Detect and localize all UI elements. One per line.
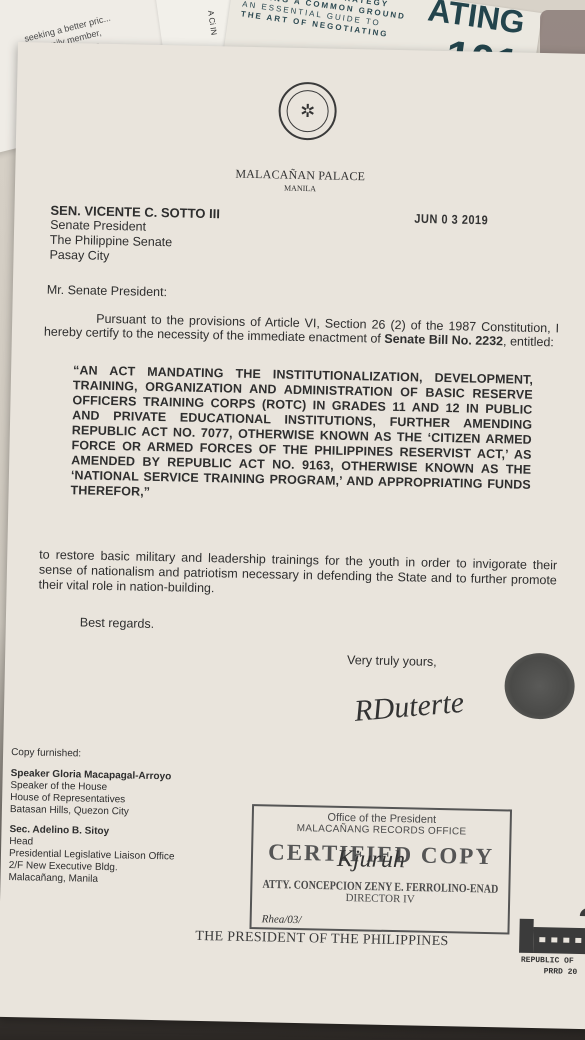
president-signature: RDuterte [353,686,465,729]
letter-page: ✲ MALACAÑAN PALACE MANILA SEN. VICENTE C… [0,42,585,1029]
bill-title: “AN ACT MANDATING THE INSTITUTIONALIZATI… [70,363,533,508]
letterhead: MALACAÑAN PALACE MANILA [215,166,385,195]
cc-recipient: Sec. Adelino B. Sitoy Head Presidential … [8,824,175,887]
paragraph-certification: Pursuant to the provisions of Article VI… [44,311,559,350]
addressee-line: Pasay City [49,248,219,267]
handwritten-initials: Rhea/03/ [262,913,302,926]
records-logo-text: PRRD 20 [544,967,578,977]
bill-number: Senate Bill No. 2232 [384,332,503,348]
records-office-logo-icon [519,913,585,955]
salutation: Mr. Senate President: [47,283,167,300]
cc-line: Malacañang, Manila [8,872,174,887]
copy-furnished-label: Copy furnished: [11,747,177,761]
addressee-block: SEN. VICENTE C. SOTTO III Senate Preside… [49,203,220,267]
letter-date: JUN 0 3 2019 [414,212,488,227]
presidential-seal-icon: ✲ [278,81,337,140]
cc-line: Batasan Hills, Quezon City [10,804,176,819]
stamp-signature: Kjuruh [337,846,406,874]
regards: Best regards. [80,615,155,631]
seal-emblem: ✲ [286,90,329,133]
records-logo-text: REPUBLIC OF [521,956,574,966]
dry-seal-icon [504,652,575,719]
copy-furnished: Copy furnished: Speaker Gloria Macapagal… [8,747,176,895]
paragraph-purpose: to restore basic military and leadership… [38,548,557,604]
closing: Very truly yours, [347,653,437,669]
background-card-text: A Ci IN [206,10,218,36]
cc-recipient: Speaker Gloria Macapagal-Arroyo Speaker … [10,768,176,819]
